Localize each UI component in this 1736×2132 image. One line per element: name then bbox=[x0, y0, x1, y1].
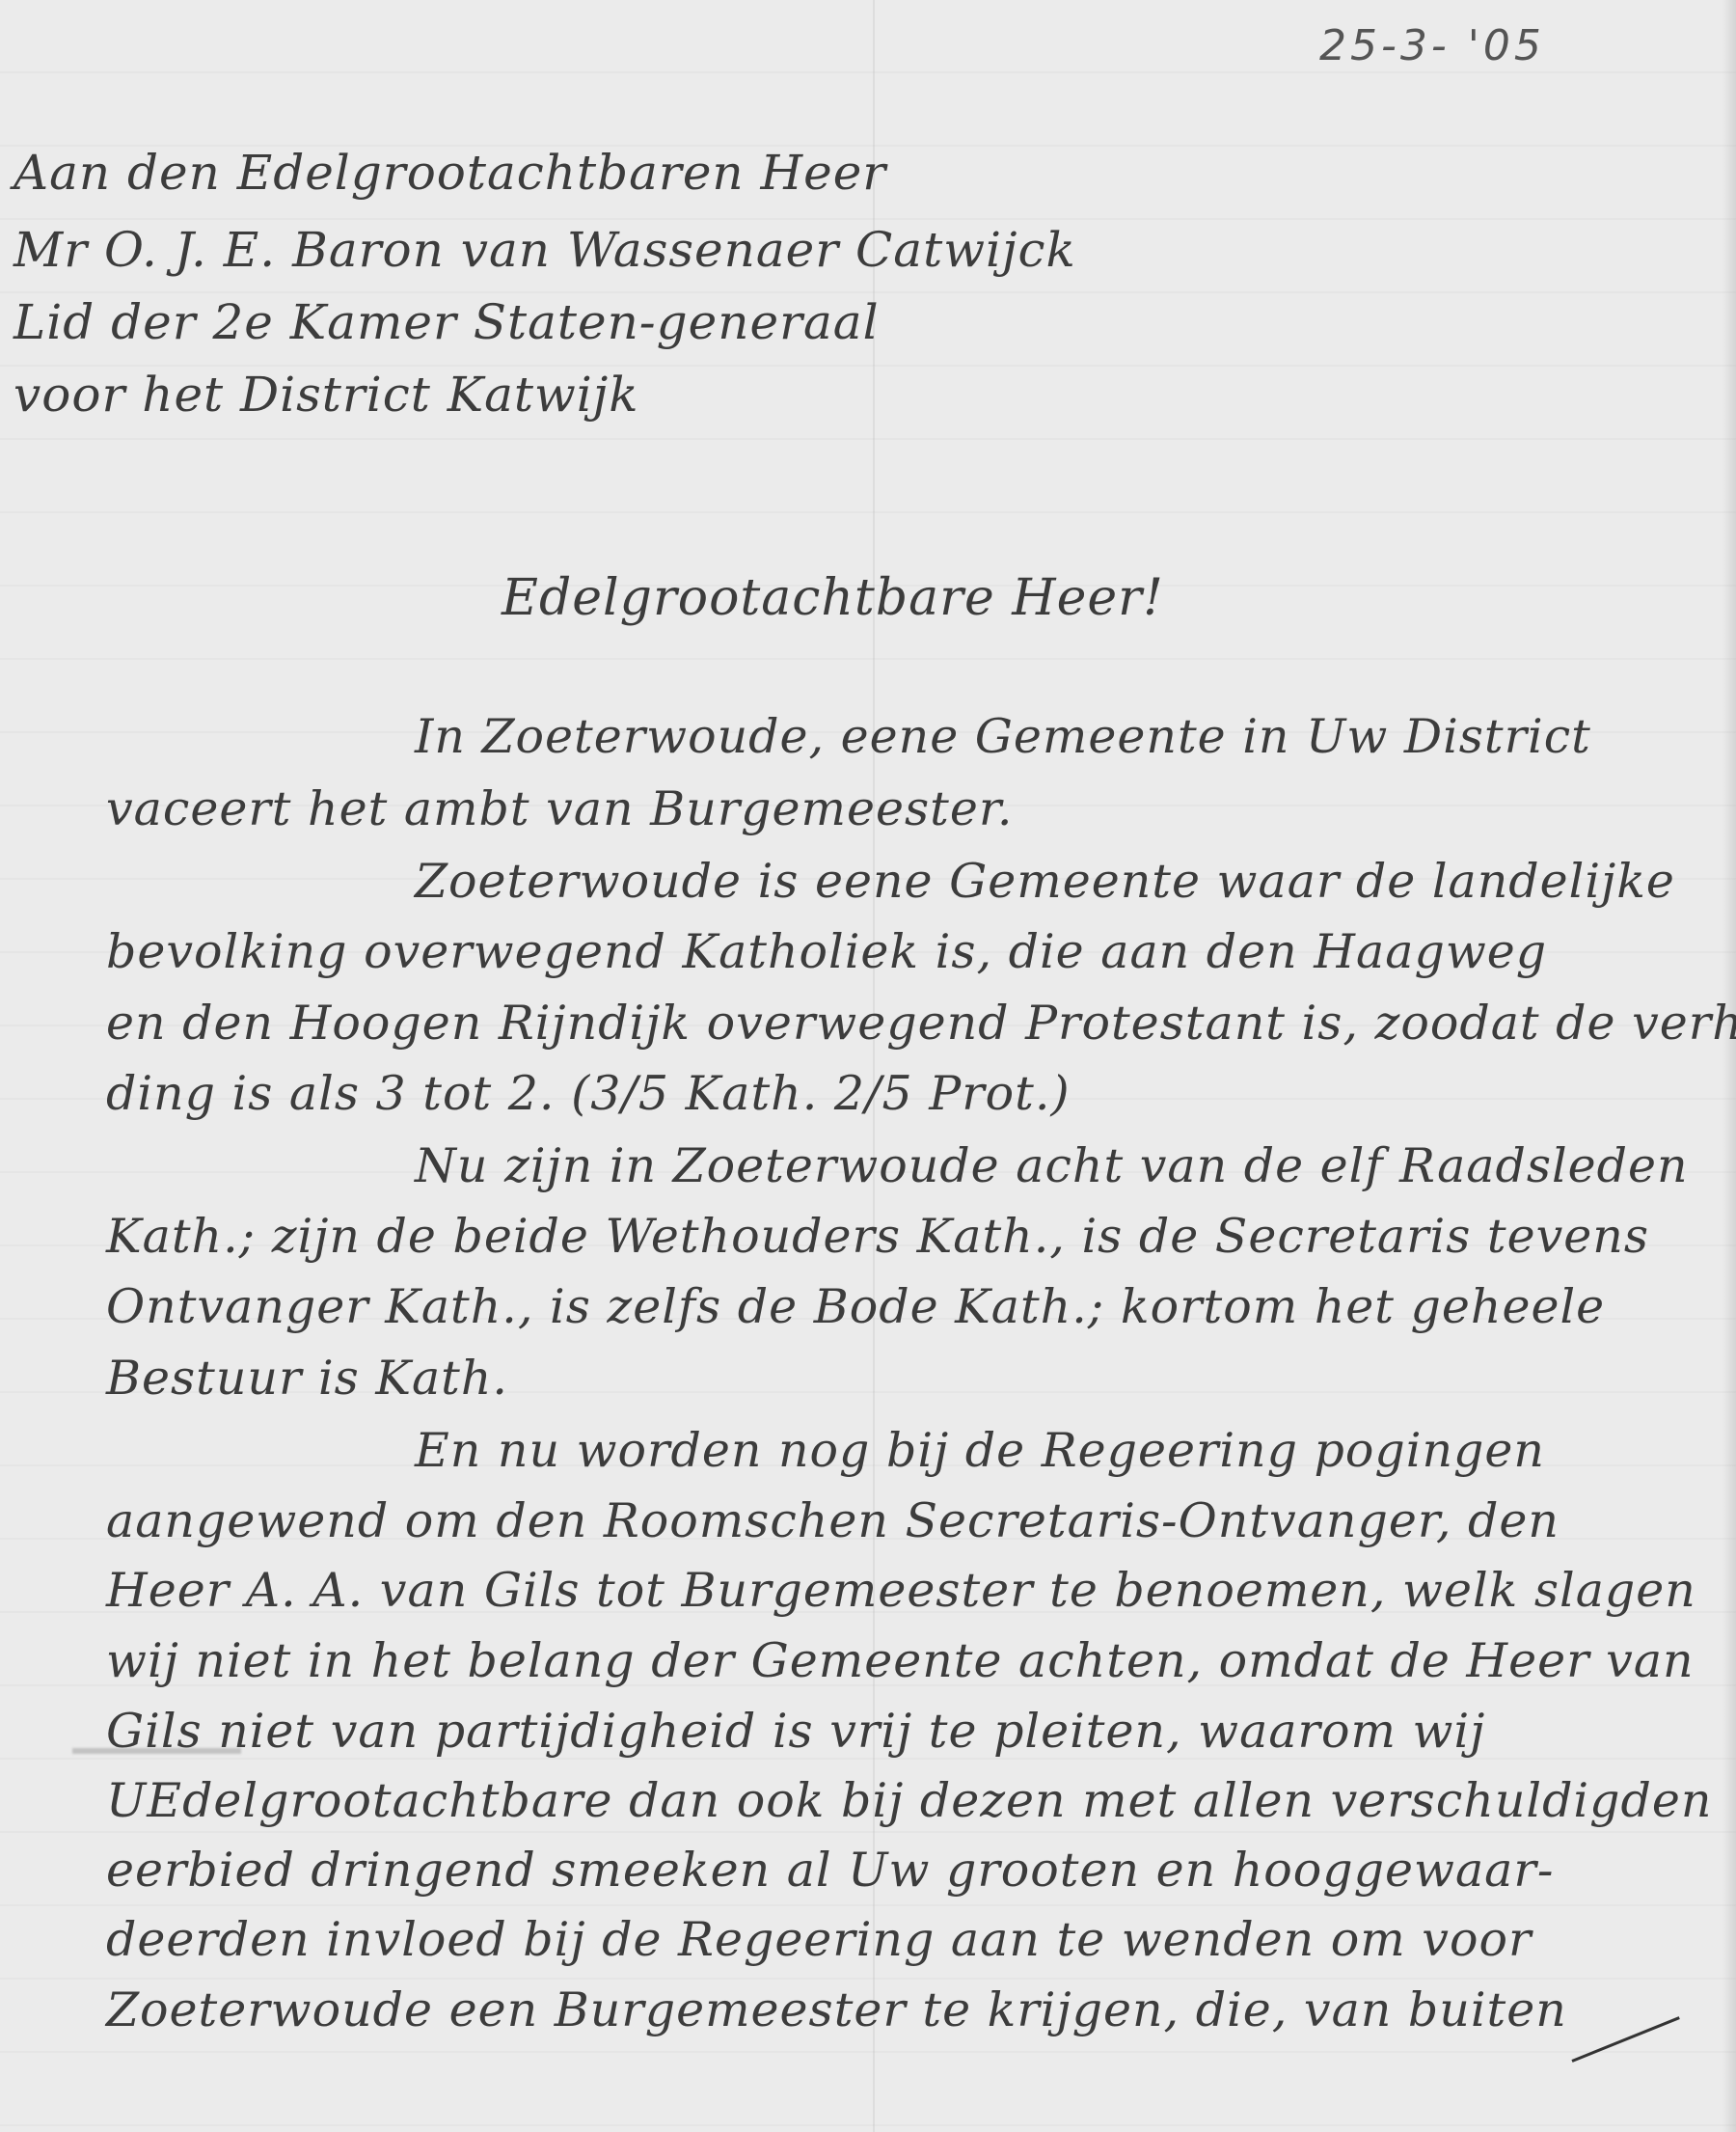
body-line: UEdelgrootachtbare dan ook bij dezen met… bbox=[106, 1773, 1712, 1828]
body-line: aangewend om den Roomschen Secretaris-On… bbox=[106, 1493, 1560, 1548]
body-line: Kath.; zijn de beide Wethouders Kath., i… bbox=[106, 1209, 1649, 1264]
body-line: bevolking overwegend Katholiek is, die a… bbox=[106, 924, 1547, 979]
continuation-stroke bbox=[1571, 2016, 1679, 2063]
body-line: Zoeterwoude een Burgemeester te krijgen,… bbox=[106, 1982, 1567, 2037]
address-line-2: Mr O. J. E. Baron van Wassenaer Catwijck bbox=[14, 222, 1076, 278]
body-line: Nu zijn in Zoeterwoude acht van de elf R… bbox=[415, 1138, 1689, 1193]
ink-smudge bbox=[72, 1748, 241, 1754]
body-line: En nu worden nog bij de Regeering poging… bbox=[415, 1423, 1545, 1478]
body-line: Heer A. A. van Gils tot Burgemeester te … bbox=[106, 1563, 1696, 1618]
body-line: Zoeterwoude is eene Gemeente waar de lan… bbox=[415, 854, 1675, 909]
letter-date: 25-3- '05 bbox=[1319, 21, 1545, 70]
body-line: wij niet in het belang der Gemeente acht… bbox=[106, 1633, 1695, 1688]
body-line: Ontvanger Kath., is zelfs de Bode Kath.;… bbox=[106, 1279, 1605, 1334]
address-line-3: Lid der 2e Kamer Staten-generaal bbox=[14, 294, 880, 350]
body-line: Gils niet van partijdigheid is vrij te p… bbox=[106, 1704, 1485, 1759]
body-line: en den Hoogen Rijndijk overwegend Protes… bbox=[106, 996, 1736, 1051]
address-line-4: voor het District Katwijk bbox=[14, 367, 639, 423]
letter-page: 25-3- '05 Aan den Edelgrootachtbaren Hee… bbox=[0, 0, 1736, 2132]
body-line: Bestuur is Kath. bbox=[106, 1351, 508, 1406]
paper-edge-shadow bbox=[1722, 0, 1736, 2132]
salutation: Edelgrootachtbare Heer! bbox=[502, 569, 1164, 627]
body-line: In Zoeterwoude, eene Gemeente in Uw Dist… bbox=[415, 709, 1591, 764]
address-line-1: Aan den Edelgrootachtbaren Heer bbox=[14, 145, 886, 201]
body-line: eerbied dringend smeeken al Uw grooten e… bbox=[106, 1843, 1554, 1898]
body-line: ding is als 3 tot 2. (3/5 Kath. 2/5 Prot… bbox=[106, 1066, 1071, 1121]
body-line: deerden invloed bij de Regeering aan te … bbox=[106, 1912, 1532, 1967]
body-line: vaceert het ambt van Burgemeester. bbox=[106, 781, 1013, 836]
